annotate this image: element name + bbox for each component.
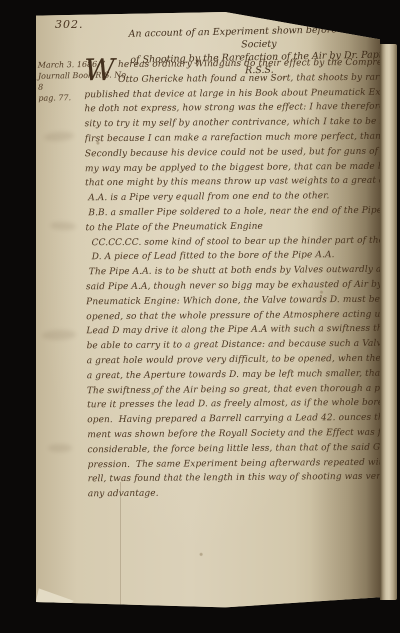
ink-bleedthrough: [42, 329, 76, 340]
manuscript-line: any advantage.: [88, 485, 384, 502]
page-number: 302.: [55, 18, 84, 31]
manuscript-line: B.B. a smaller Pipe soldered to a hole, …: [85, 204, 381, 221]
manuscript-line: that one might by this means throw up va…: [85, 174, 381, 191]
ink-bleedthrough: [50, 221, 76, 230]
manuscript-line: Otto Ghericke hath found a new Sort, tha…: [118, 71, 380, 88]
manuscript-page: 302. An account of an Experiment shown b…: [36, 12, 380, 608]
manuscript-line: rell, twas found that the length in this…: [88, 470, 384, 487]
facing-page-edge: [380, 44, 397, 600]
ink-bleedthrough: [48, 444, 72, 452]
manuscript-line: CC.CC.CC. some kind of stool to bear up …: [86, 233, 382, 250]
paper-tear: [34, 586, 74, 610]
manuscript-body: W hereas ordinary Windguns do their effe…: [84, 56, 384, 511]
manuscript-photo: 302. An account of an Experiment shown b…: [0, 0, 400, 633]
ink-bleedthrough: [44, 131, 75, 142]
drop-cap-initial: W: [84, 59, 115, 86]
